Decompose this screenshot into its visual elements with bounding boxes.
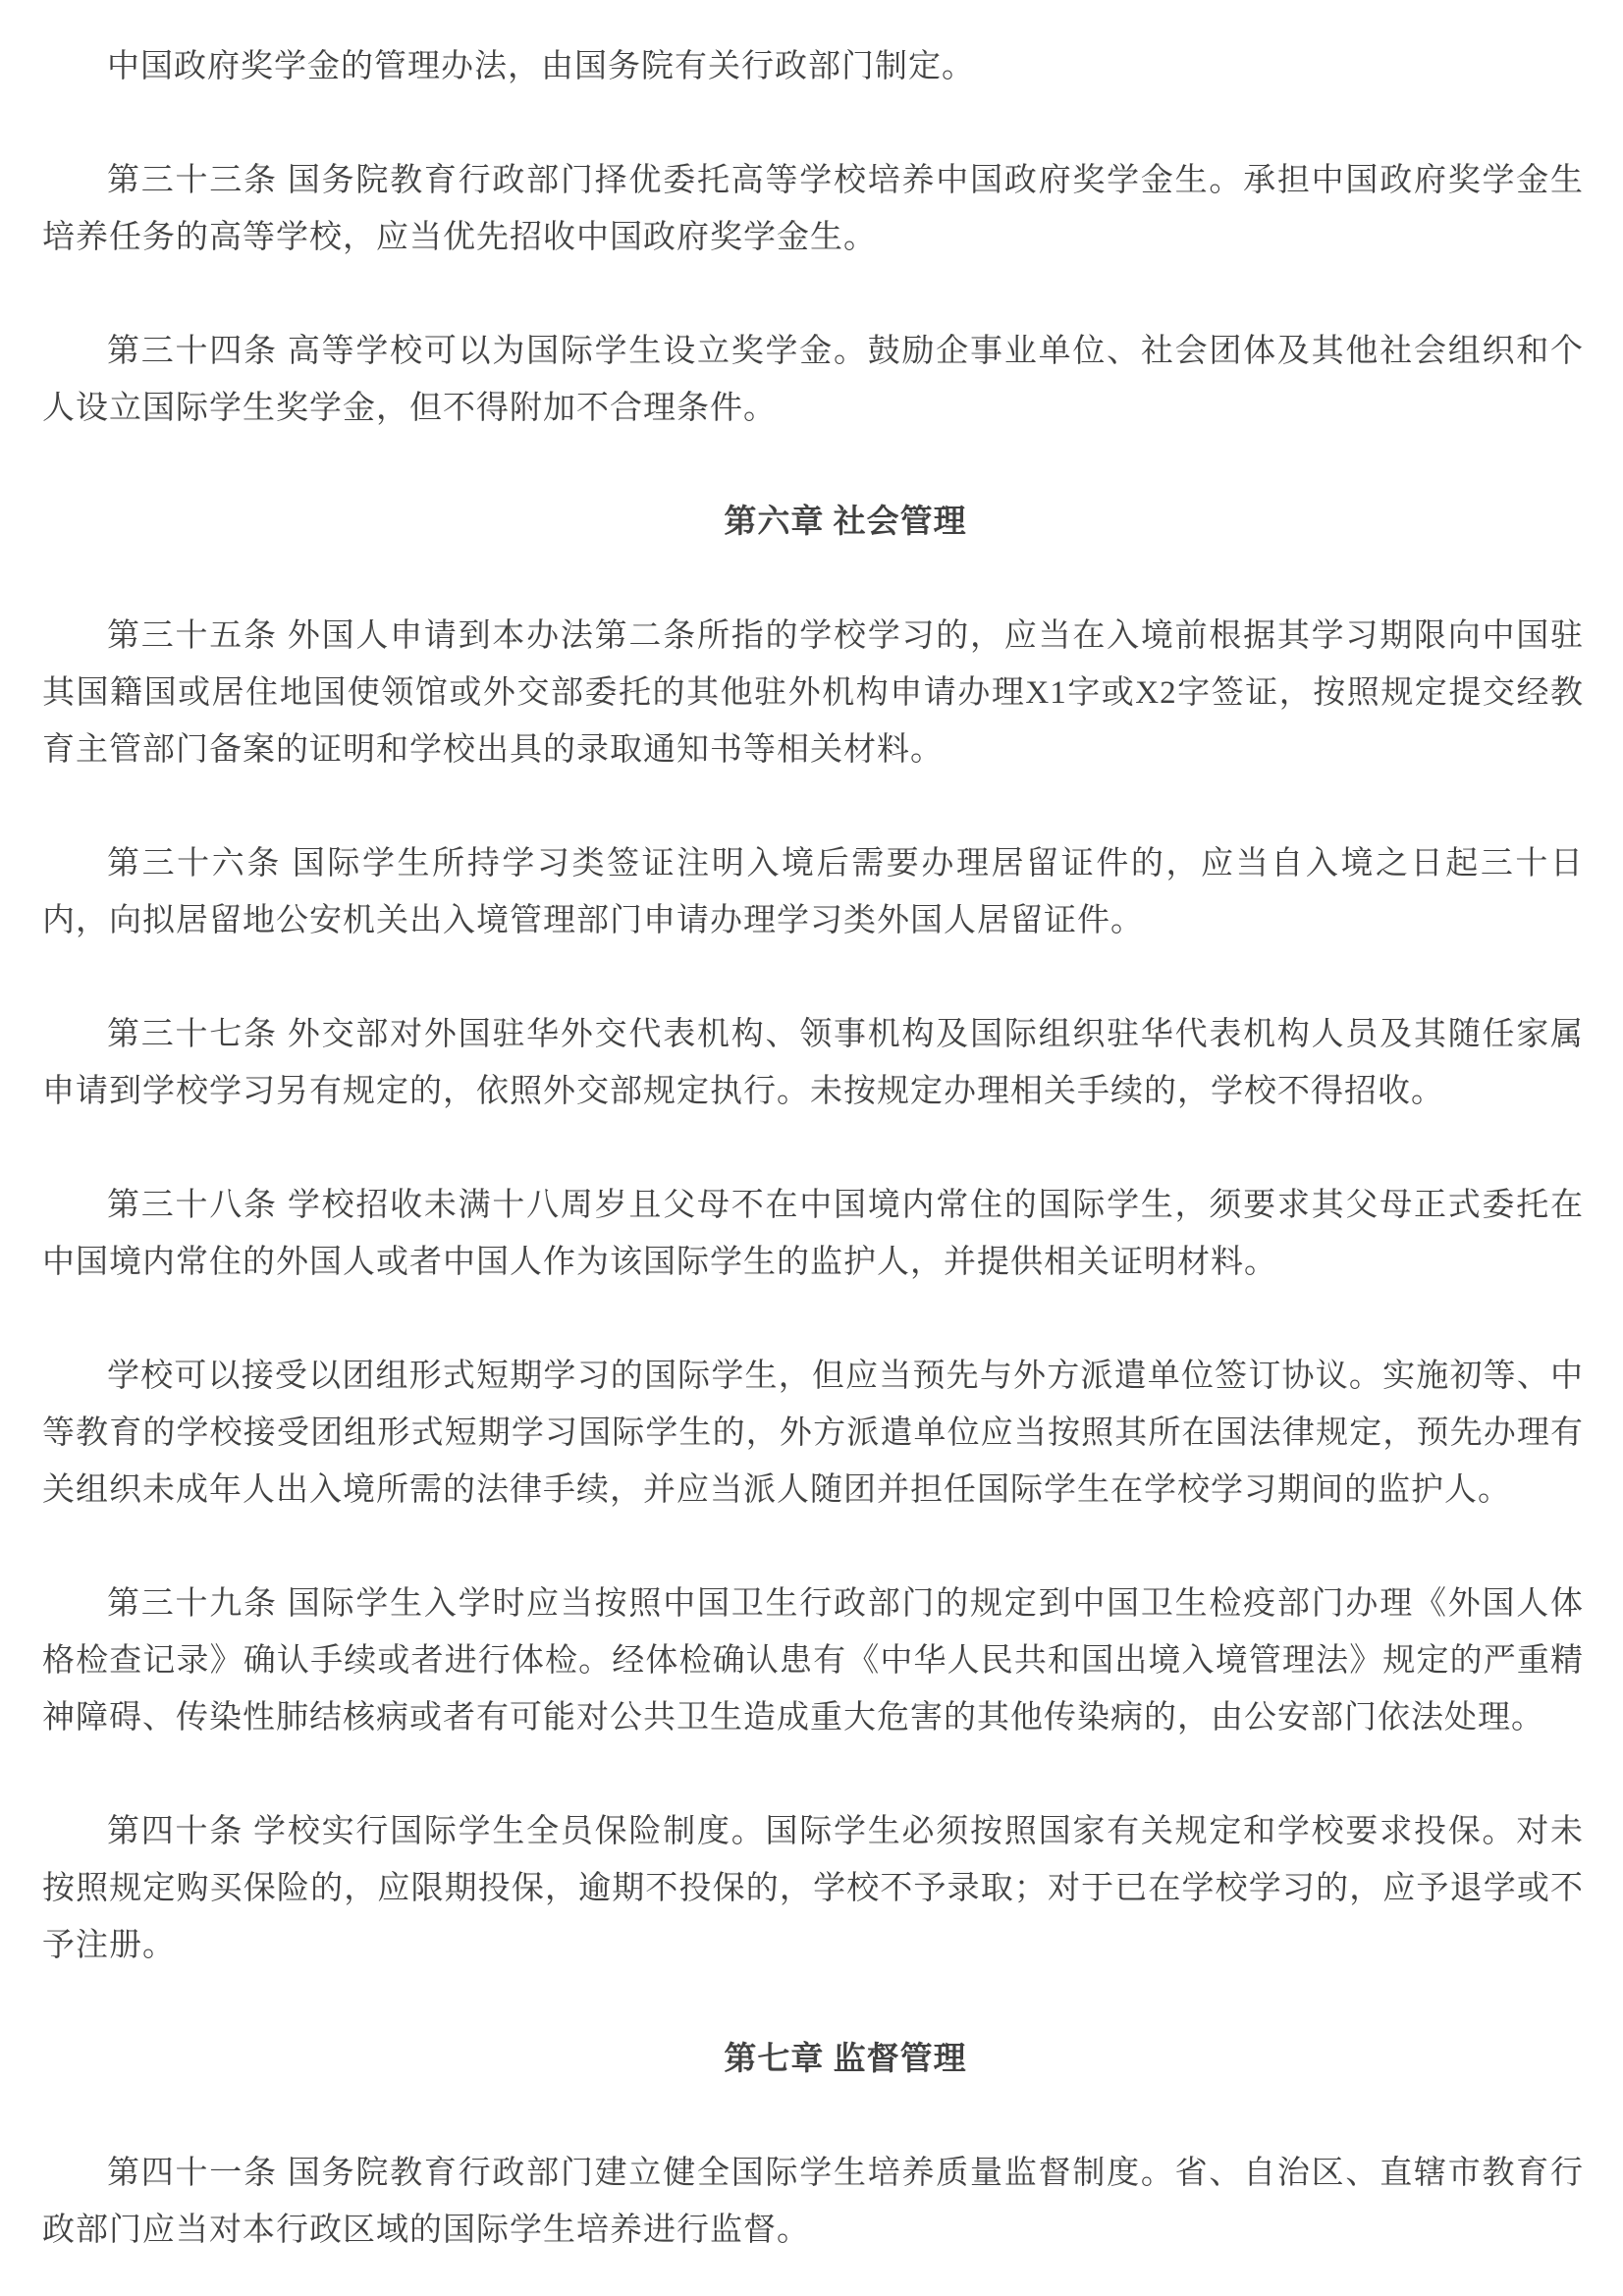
- paragraph: 第四十一条 国务院教育行政部门建立健全国际学生培养质量监督制度。省、自治区、直辖…: [42, 2145, 1584, 2259]
- document-page: 中国政府奖学金的管理办法，由国务院有关行政部门制定。 第三十三条 国务院教育行政…: [0, 0, 1623, 2296]
- paragraph: 第三十五条 外国人申请到本办法第二条所指的学校学习的，应当在入境前根据其学习期限…: [42, 608, 1584, 778]
- paragraph: 第三十九条 国际学生入学时应当按照中国卫生行政部门的规定到中国卫生检疫部门办理《…: [42, 1575, 1584, 1746]
- paragraph: 第三十四条 高等学校可以为国际学生设立奖学金。鼓励企事业单位、社会团体及其他社会…: [42, 323, 1584, 437]
- paragraph: 第四十条 学校实行国际学生全员保险制度。国际学生必须按照国家有关规定和学校要求投…: [42, 1803, 1584, 1974]
- chapter-heading: 第六章 社会管理: [42, 494, 1584, 551]
- paragraph: 第三十三条 国务院教育行政部门择优委托高等学校培养中国政府奖学金生。承担中国政府…: [42, 152, 1584, 266]
- paragraph: 第三十七条 外交部对外国驻华外交代表机构、领事机构及国际组织驻华代表机构人员及其…: [42, 1006, 1584, 1120]
- paragraph: 第三十八条 学校招收未满十八周岁且父母不在中国境内常住的国际学生，须要求其父母正…: [42, 1177, 1584, 1291]
- document-body: 中国政府奖学金的管理办法，由国务院有关行政部门制定。 第三十三条 国务院教育行政…: [42, 38, 1584, 2259]
- paragraph: 学校可以接受以团组形式短期学习的国际学生，但应当预先与外方派遣单位签订协议。实施…: [42, 1348, 1584, 1519]
- chapter-heading: 第七章 监督管理: [42, 2031, 1584, 2088]
- paragraph: 中国政府奖学金的管理办法，由国务院有关行政部门制定。: [42, 38, 1584, 95]
- paragraph: 第三十六条 国际学生所持学习类签证注明入境后需要办理居留证件的，应当自入境之日起…: [42, 835, 1584, 949]
